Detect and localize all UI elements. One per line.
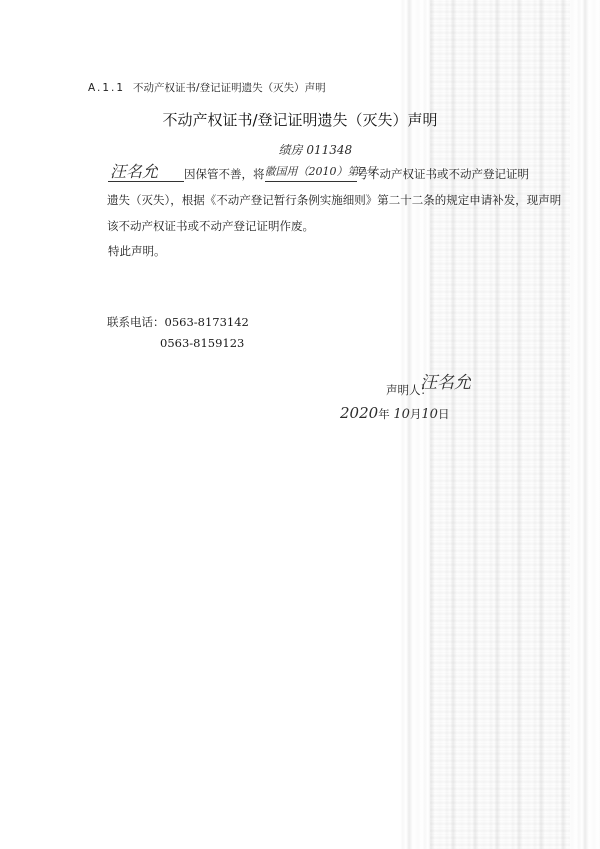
phone-1: 0563-8173142: [165, 315, 249, 329]
section-heading: A.1.1不动产权证书/登记证明遗失（灭失）声明: [88, 80, 326, 95]
contact-line-1: 联系电话：0563-8173142: [107, 314, 249, 330]
handwritten-cert-top: 绩房 011348: [279, 141, 353, 158]
section-number: A.1.1: [88, 82, 125, 94]
day-label: 日: [438, 407, 450, 421]
body-line-1: 汪名允 因保管不善，将 绩房 011348 徽国用（2010）第7号 号不动产权…: [108, 166, 529, 182]
cert-number-blank: 绩房 011348 徽国用（2010）第7号: [265, 167, 357, 182]
handwritten-year: 2020: [340, 404, 378, 422]
year-label: 年: [378, 407, 390, 421]
contact-line-2: 0563-8159123: [160, 336, 244, 350]
body-line-3: 该不动产权证书或不动产登记证明作废。: [107, 218, 314, 234]
contact-label: 联系电话：: [107, 315, 165, 329]
body-text-2: 号不动产权证书或不动产登记证明: [357, 167, 530, 181]
body-text-1: 因保管不善，将: [184, 167, 265, 181]
page-title: 不动产权证书/登记证明遗失（灭失）声明: [0, 109, 600, 130]
month-label: 月: [410, 407, 422, 421]
section-title: 不动产权证书/登记证明遗失（灭失）声明: [133, 82, 326, 94]
date-line: 2020年 10月10日: [340, 404, 449, 422]
signature-blank: 汪名允: [108, 167, 184, 182]
phone-2: 0563-8159123: [160, 336, 244, 350]
declarant-signature: 汪名允: [420, 368, 471, 393]
handwritten-signature: 汪名允: [110, 159, 158, 182]
closing-text: 特此声明。: [108, 243, 166, 259]
handwritten-cert-number: 徽国用（2010）第7号: [265, 163, 377, 179]
handwritten-month: 10: [393, 407, 410, 422]
body-line-2: 遗失（灭失），根据《不动产登记暂行条例实施细则》第二十二条的规定申请补发，现声明: [107, 192, 561, 208]
handwritten-day: 10: [421, 407, 438, 422]
